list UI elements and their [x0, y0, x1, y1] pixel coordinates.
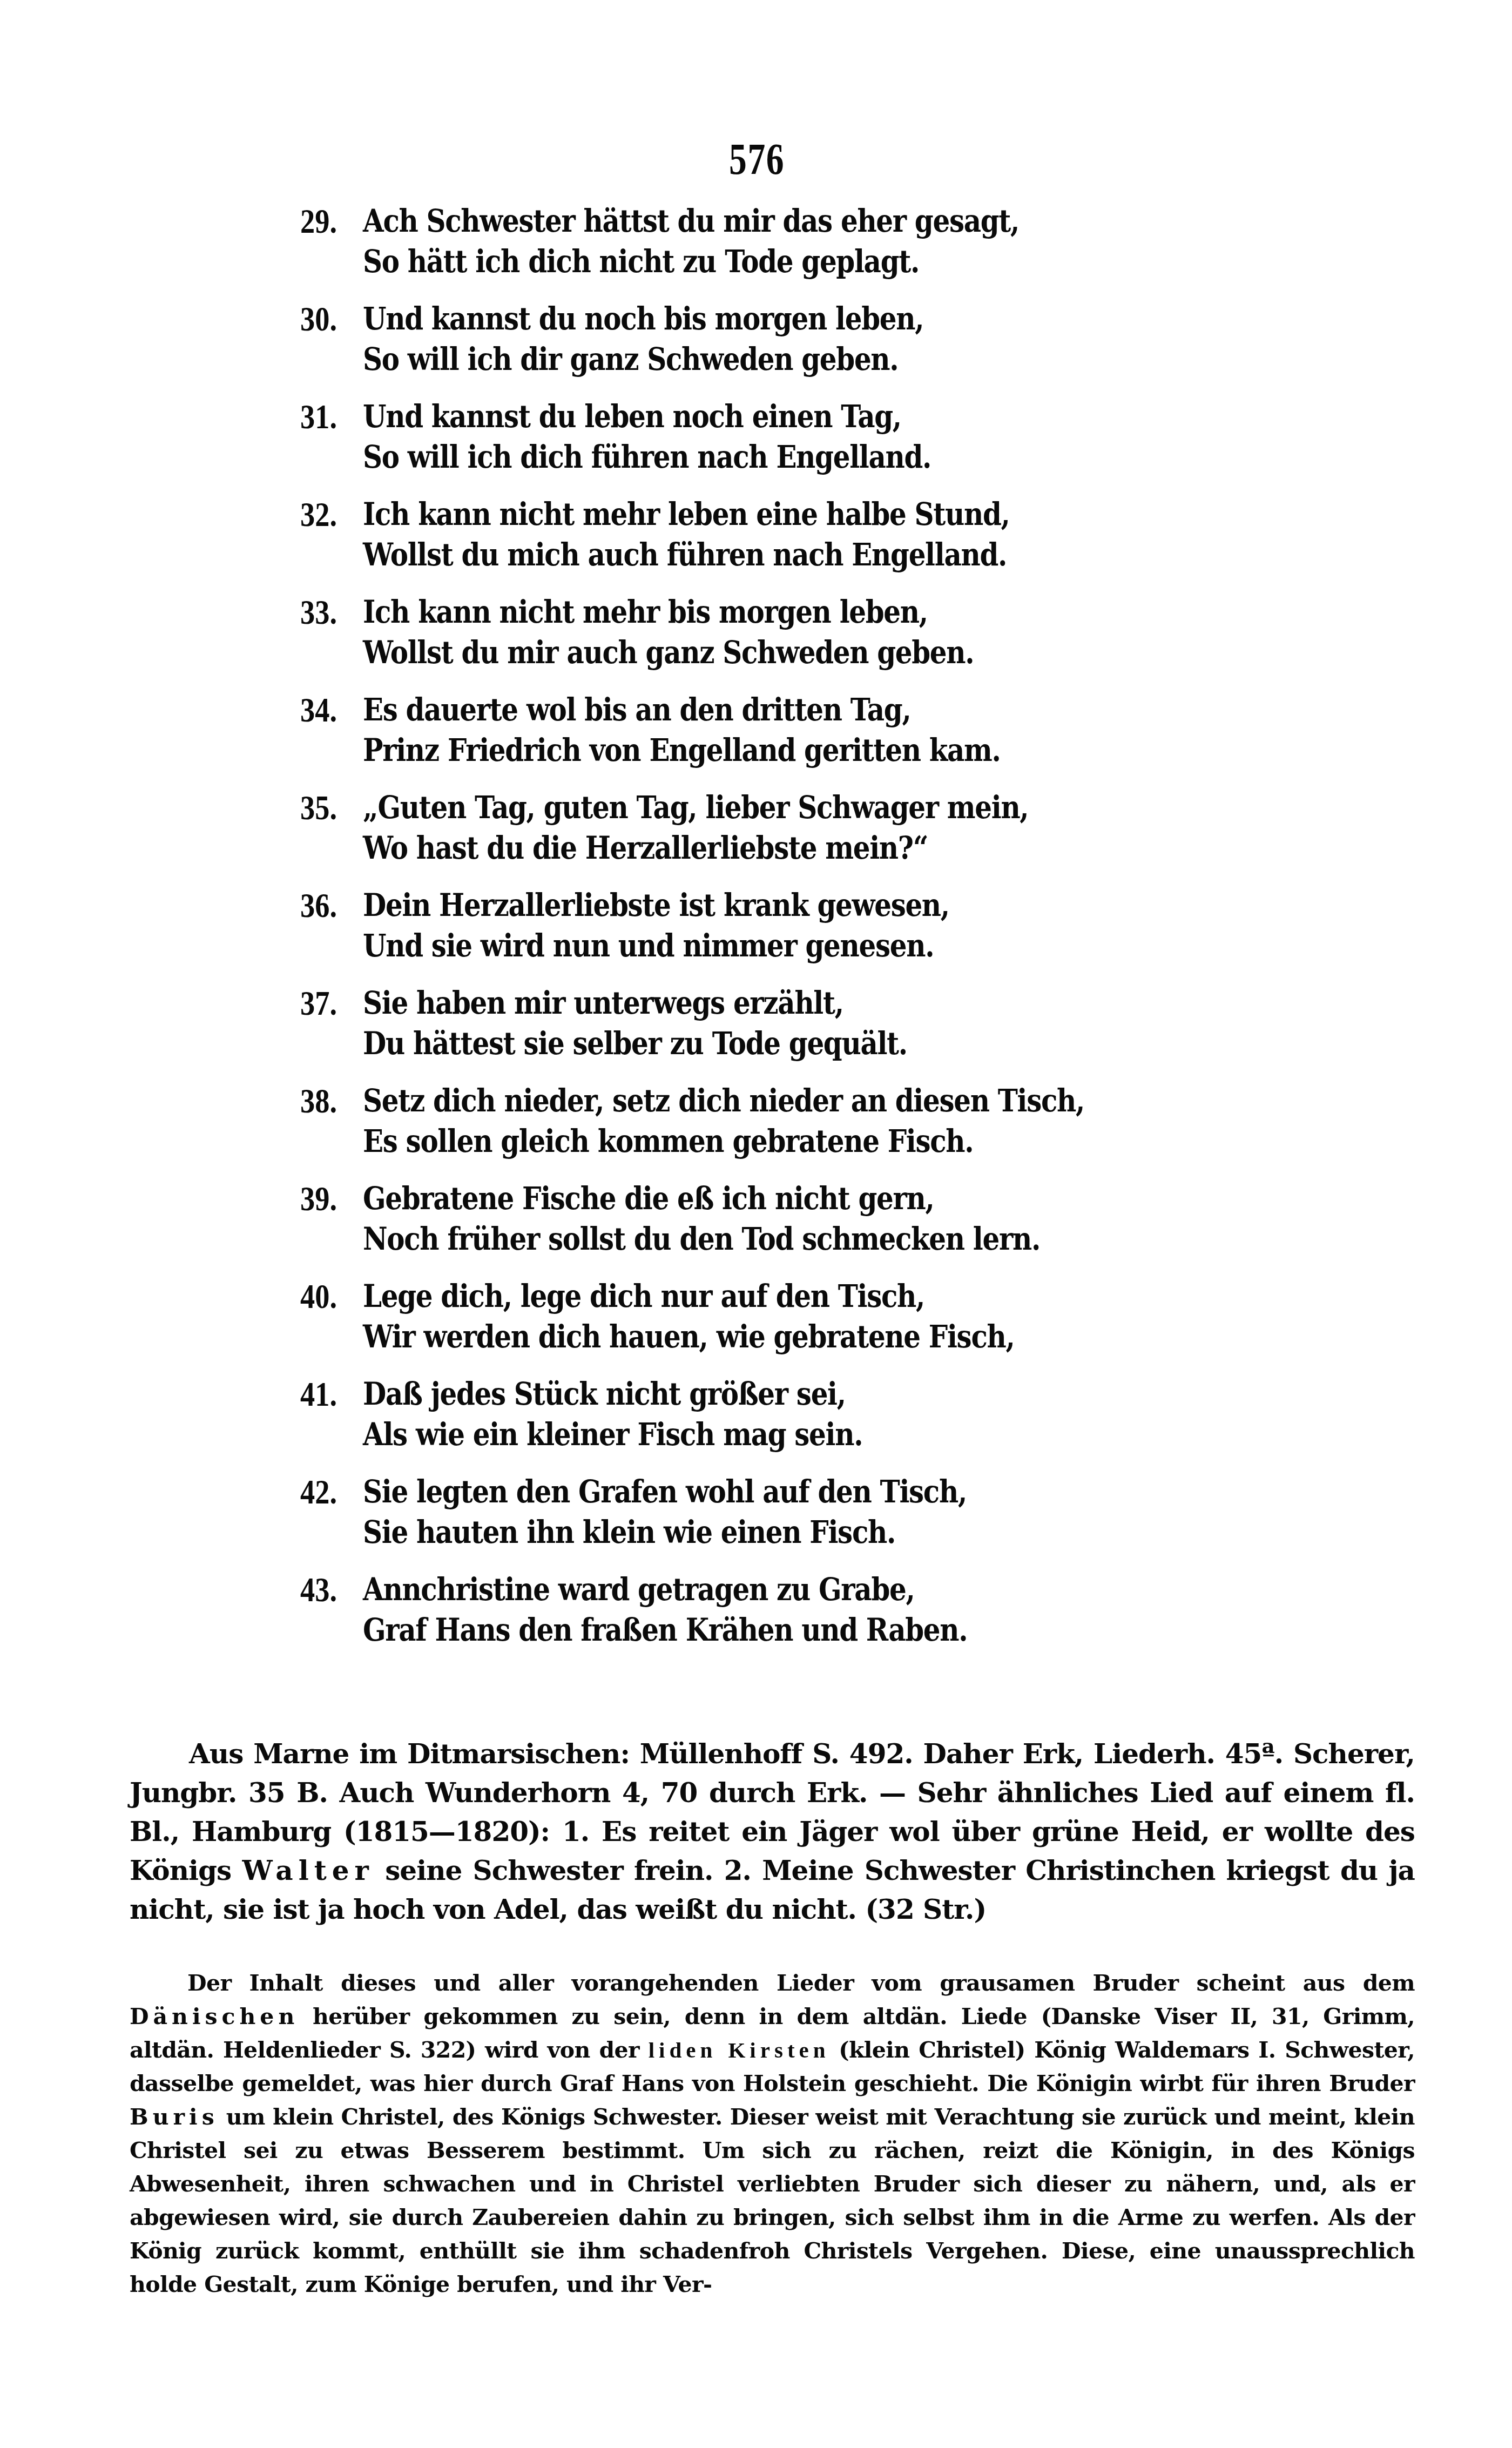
verse-line: Annchristine ward getragen zu Grabe,: [363, 1569, 915, 1610]
verse-number: 34.: [300, 690, 337, 730]
footnote-text: Der Inhalt dieses und aller vorangehende…: [187, 1970, 1415, 1996]
verse-number: 29.: [300, 201, 337, 241]
verse-line: Wo hast du die Herzallerliebste mein?“: [363, 828, 928, 868]
verse-line: Als wie ein kleiner Fisch mag sein.: [363, 1414, 862, 1455]
verse-line: Ach Schwester hättst du mir das eher ges…: [363, 201, 1019, 241]
verse-number: 42.: [300, 1472, 337, 1512]
spaced-term: Dänischen: [130, 2004, 299, 2029]
footnote-text: um klein Christel, des Königs Schwester.…: [130, 2104, 1415, 2297]
verse-number: 37.: [300, 983, 337, 1023]
verse-line: Sie haben mir unterwegs erzählt,: [363, 983, 843, 1023]
verse: 33. Ich kann nicht mehr bis morgen leben…: [300, 592, 1326, 690]
verse-line: Und kannst du noch bis morgen leben,: [363, 299, 923, 339]
verse-number: 33.: [300, 592, 337, 632]
verse: 31. Und kannst du leben noch einen Tag, …: [300, 396, 1326, 494]
verse: 40. Lege dich, lege dich nur auf den Tis…: [300, 1276, 1326, 1374]
verse-line: Gebratene Fische die eß ich nicht gern,: [363, 1178, 934, 1219]
verse-line: Es sollen gleich kommen gebratene Fisch.: [363, 1121, 973, 1162]
verse: 39. Gebratene Fische die eß ich nicht ge…: [300, 1178, 1326, 1276]
verse: 43. Annchristine ward getragen zu Grabe,…: [300, 1569, 1326, 1667]
verse-line: Sie legten den Grafen wohl auf den Tisch…: [363, 1472, 967, 1512]
verse-line: Wollst du mir auch ganz Schweden geben.: [363, 632, 974, 673]
verse-line: Setz dich nieder, setz dich nieder an di…: [363, 1081, 1084, 1121]
verse-line: Graf Hans den fraßen Krähen und Raben.: [363, 1610, 967, 1650]
verse-line: Es dauerte wol bis an den dritten Tag,: [363, 690, 911, 730]
verse-line: Daß jedes Stück nicht größer sei,: [363, 1374, 846, 1414]
verse: 34. Es dauerte wol bis an den dritten Ta…: [300, 690, 1326, 787]
verse-line: Dein Herzallerliebste ist krank gewesen,: [363, 885, 949, 926]
footnote: Der Inhalt dieses und aller vorangehende…: [130, 1966, 1415, 2301]
verse-line: Sie hauten ihn klein wie einen Fisch.: [363, 1512, 895, 1553]
verse-line: Du hättest sie selber zu Tode gequält.: [363, 1023, 907, 1064]
verse-number: 40.: [300, 1276, 337, 1317]
verse: 35. „Guten Tag, guten Tag, lieber Schwag…: [300, 787, 1326, 885]
book-page: 576 29. Ach Schwester hättst du mir das …: [0, 0, 1512, 2448]
verse-number: 39.: [300, 1178, 337, 1219]
verse-number: 43.: [300, 1569, 337, 1610]
verse: 41. Daß jedes Stück nicht größer sei, Al…: [300, 1374, 1326, 1472]
verse-line: Wollst du mich auch führen nach Engellan…: [363, 535, 1007, 575]
verse-line: Und kannst du leben noch einen Tag,: [363, 396, 901, 437]
verse-line: Noch früher sollst du den Tod schmecken …: [363, 1219, 1040, 1259]
verse-line: „Guten Tag, guten Tag, lieber Schwager m…: [363, 787, 1028, 828]
verse-number: 31.: [300, 396, 337, 437]
verse-line: Und sie wird nun und nimmer genesen.: [363, 926, 934, 966]
verse-number: 38.: [300, 1081, 337, 1121]
verse-number: 36.: [300, 885, 337, 926]
verse: 29. Ach Schwester hättst du mir das eher…: [300, 201, 1326, 299]
verse: 37. Sie haben mir unterwegs erzählt, Du …: [300, 983, 1326, 1081]
page-number: 576: [729, 134, 785, 185]
verse: 32. Ich kann nicht mehr leben eine halbe…: [300, 494, 1326, 592]
verse-line: So hätt ich dich nicht zu Tode geplagt.: [363, 241, 919, 282]
verse: 36. Dein Herzallerliebste ist krank gewe…: [300, 885, 1326, 983]
verse: 42. Sie legten den Grafen wohl auf den T…: [300, 1472, 1326, 1569]
verse-number: 35.: [300, 787, 337, 828]
spaced-term: liden Kirsten: [649, 2038, 830, 2062]
source-note: Aus Marne im Ditmarsischen: Müllenhoff S…: [130, 1735, 1415, 1929]
verse-line: Wir werden dich hauen, wie gebratene Fis…: [363, 1317, 1015, 1357]
verse-line: Ich kann nicht mehr bis morgen leben,: [363, 592, 928, 632]
spaced-term: Buris: [130, 2104, 219, 2130]
verse-line: Ich kann nicht mehr leben eine halbe Stu…: [363, 494, 1010, 535]
verse-number: 30.: [300, 299, 337, 339]
verse: 38. Setz dich nieder, setz dich nieder a…: [300, 1081, 1326, 1178]
verse-number: 32.: [300, 494, 337, 535]
spaced-name: Walter: [242, 1854, 374, 1886]
verse-line: Prinz Friedrich von Engelland geritten k…: [363, 730, 1001, 771]
verse-line: So will ich dir ganz Schweden geben.: [363, 339, 898, 380]
verse: 30. Und kannst du noch bis morgen leben,…: [300, 299, 1326, 396]
verse-number: 41.: [300, 1374, 337, 1414]
verse-line: So will ich dich führen nach Engelland.: [363, 437, 931, 477]
verse-line: Lege dich, lege dich nur auf den Tisch,: [363, 1276, 924, 1317]
song-verses: 29. Ach Schwester hättst du mir das eher…: [300, 201, 1326, 1667]
